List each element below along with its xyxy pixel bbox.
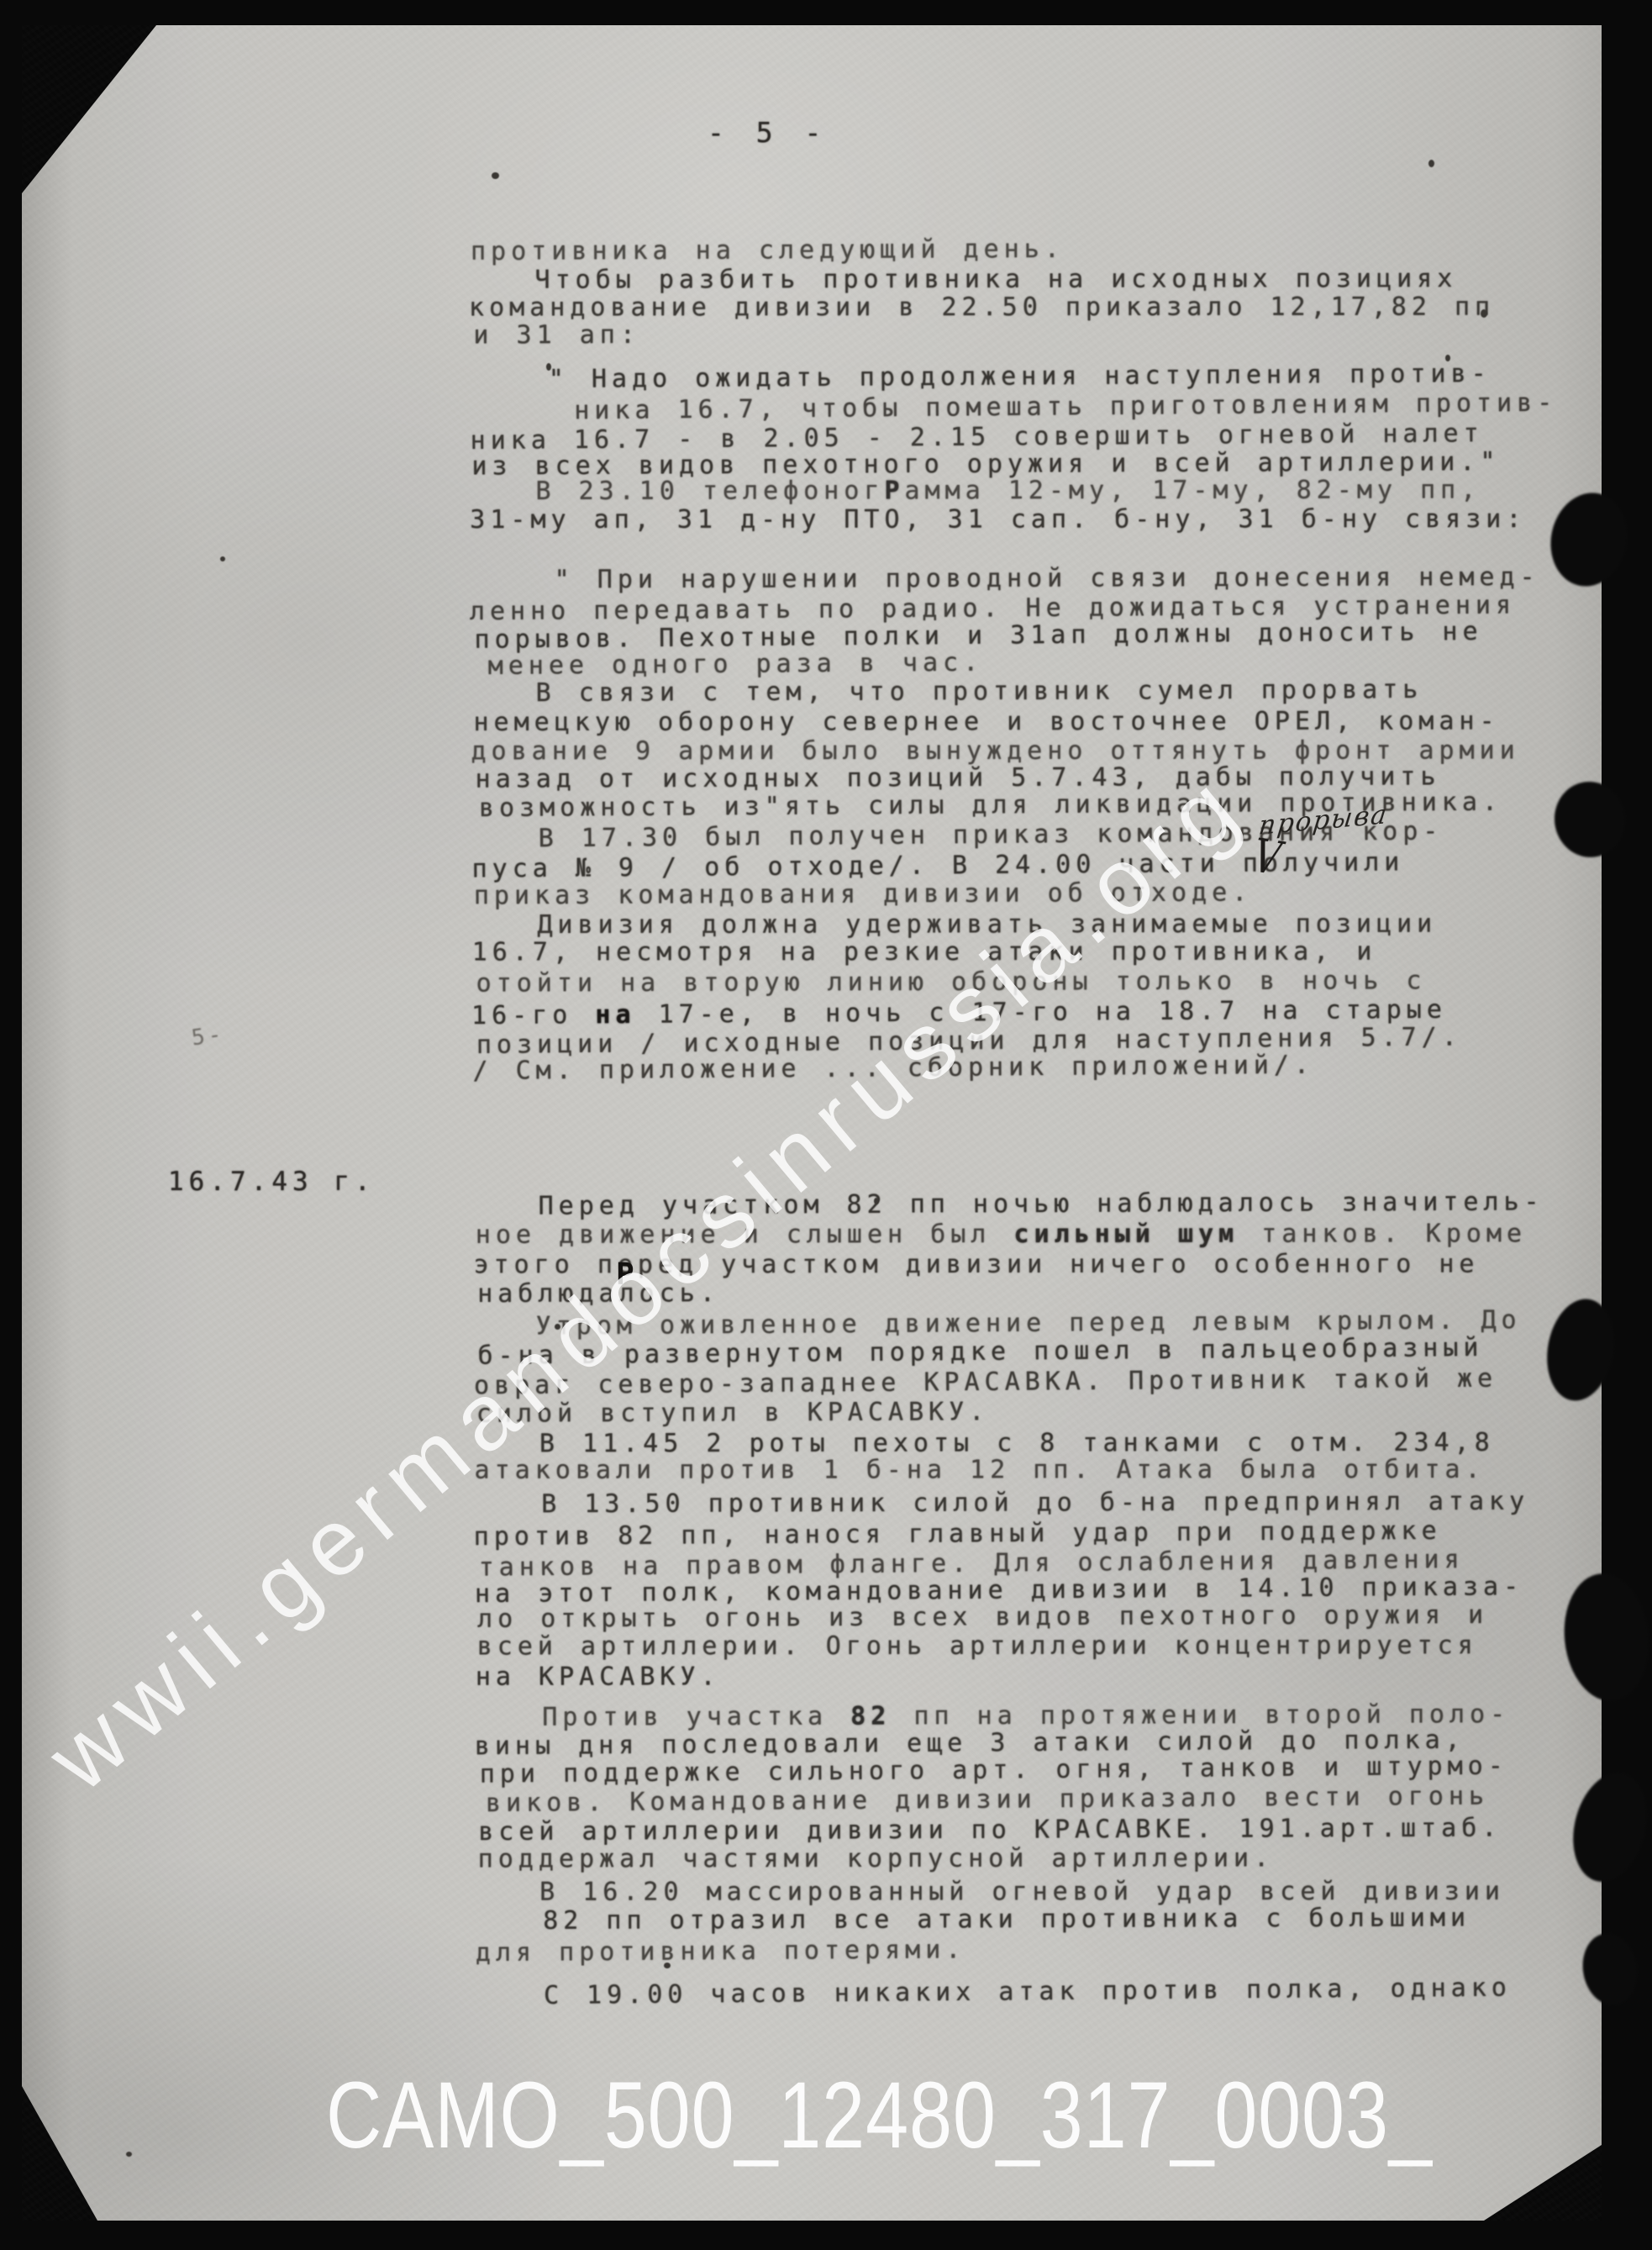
text-line: / См. приложение ... сборник приложений/… (472, 1049, 1615, 1086)
text-line: наблюдалось. (477, 1277, 1620, 1309)
text-line: 82 пп отразил все атаки противника с бол… (543, 1904, 1623, 1936)
text-line: всей артиллерии дивизии по КРАСАВКЕ. 191… (478, 1814, 1621, 1847)
text-line: Дивизия должна удерживать занимаемые поз… (537, 909, 1617, 940)
text-line: Чтобы разбить противника на исходных поз… (535, 265, 1615, 295)
page-number: - 5 - (708, 116, 829, 149)
overstrike-correction-letter: Р (616, 1257, 634, 1292)
dust-speck (874, 1198, 879, 1204)
text-line: силой вступил в КРАСАВКУ. (476, 1395, 1619, 1428)
dust-speck (546, 363, 551, 371)
text-line: В 23.10 телефоногРамма 12-му, 17-му, 82-… (535, 476, 1615, 506)
margin-date: 16.7.43 г. (168, 1167, 376, 1197)
text-line: этого перед участком дивизии ничего особ… (473, 1250, 1616, 1279)
dust-speck (555, 1324, 560, 1330)
text-line: поддержал частями корпусной артиллерии. (478, 1844, 1621, 1873)
scan-background: - 5 - противника на следующий день.Чтобы… (0, 0, 1652, 2250)
dust-speck (1445, 355, 1450, 361)
text-line: дование 9 армии было вынуждено оттянуть … (471, 736, 1614, 766)
text-line: отойти на вторую линию обороны только в … (476, 967, 1619, 999)
text-line: " При нарушении проводной связи донесени… (555, 563, 1618, 595)
dust-speck (492, 172, 499, 179)
text-line: В связи с тем, что противник сумел прорв… (536, 675, 1616, 708)
text-line: 31-му ап, 31 д-ну ПТО, 31 сап. б-ну, 31 … (470, 505, 1613, 535)
typed-text: противника на следующий день.Чтобы разби… (471, 233, 1621, 2007)
dust-speck (220, 556, 225, 561)
pencil-mark: 5- (190, 1021, 226, 1051)
torn-corner-bottom-right (1484, 2145, 1602, 2221)
text-line: всей артиллерии. Огонь артиллерии концен… (477, 1631, 1620, 1661)
text-line: 16.7, несмотря на резкие атаки противник… (472, 938, 1615, 967)
dust-speck (126, 2152, 132, 2157)
text-line: командование дивизии в 22.50 приказало 1… (469, 293, 1612, 323)
text-line: приказ командования дивизии об отходе. (474, 877, 1617, 911)
dust-speck (1481, 309, 1487, 318)
torn-corner-top-left (22, 25, 156, 193)
text-line: ло открыть огонь из всех видов пехотного… (477, 1600, 1620, 1633)
text-line: овраг северо-западнее КРАСАВКА. Противни… (474, 1364, 1617, 1401)
text-line: виков. Командование дивизии приказало ве… (486, 1781, 1618, 1818)
dust-speck (1428, 160, 1434, 167)
text-line: ное движение и слышен был сильный шум та… (476, 1220, 1618, 1250)
dust-speck (664, 1963, 671, 1968)
text-line: немецкую оборону севернее и восточнее ОР… (474, 707, 1617, 737)
text-line: атаковали против 1 б-на 12 пп. Атака был… (475, 1456, 1618, 1485)
torn-corner-bottom-left (22, 2086, 97, 2221)
text-line: В 11.45 2 роты пехоты с 8 танками с отм.… (539, 1429, 1619, 1459)
text-line: на КРАСАВКУ. (476, 1662, 1618, 1692)
text-line: для противника потерями. (476, 1931, 1618, 1968)
text-line: противника на следующий день. (471, 233, 1613, 266)
text-line: В 13.50 противник силой до б-на предприн… (541, 1487, 1621, 1519)
text-line: и 31 ап: (473, 319, 1616, 350)
text-line: Перед участком 82 пп ночью наблюдалось з… (539, 1188, 1618, 1220)
